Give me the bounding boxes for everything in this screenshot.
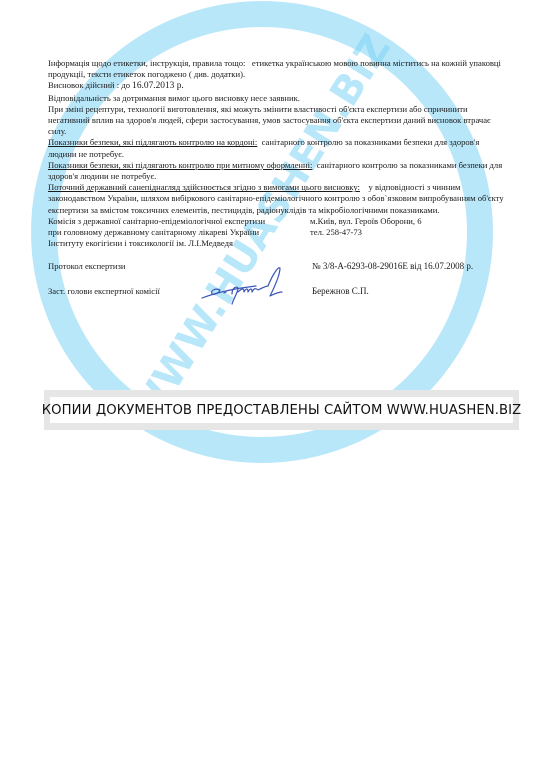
protocol-label: Протокол експертизи xyxy=(48,261,126,272)
signatory-label: Заст. голови експертної комісії xyxy=(48,286,160,297)
protocol-number: № 3/8-А-6293-08-29016Е від 16.07.2008 р. xyxy=(312,261,473,272)
supervision-heading: Поточний державний санепіднагляд здійсню… xyxy=(48,182,360,192)
commission-line: Комісія з державної санітарно-епідеміоло… xyxy=(48,216,310,227)
validity-label: Висновок дійсний : до xyxy=(48,80,130,90)
border-control-heading: Показники безпеки, які підлягають контро… xyxy=(48,137,257,147)
commission-block: Комісія з державної санітарно-епідеміоло… xyxy=(48,216,508,250)
commission-phone: тел. 258-47-73 xyxy=(310,227,500,238)
document-page: WWW.HUASHEN.BIZ Інформація щодо етикетки… xyxy=(0,0,550,772)
border-control-paragraph: Показники безпеки, які підлягають контро… xyxy=(48,137,508,159)
commission-address: м.Київ, вул. Героїв Оборони, 6 xyxy=(310,216,500,227)
signatory-row: Заст. голови експертної комісії Бережнов… xyxy=(48,286,508,300)
supervision-paragraph: Поточний державний санепіднагляд здійсню… xyxy=(48,182,508,216)
commission-line: при головному державному санітарному лік… xyxy=(48,227,310,238)
signatory-name: Бережнов С.П. xyxy=(312,286,369,297)
label-info-paragraph: Інформація щодо етикетки, інструкція, пр… xyxy=(48,58,508,80)
responsibility-line: Відповідальність за дотримання вимог цьо… xyxy=(48,93,508,104)
commission-line: Інституту екогігієни і токсикології ім. … xyxy=(48,238,310,249)
signature-icon xyxy=(198,264,318,308)
commission-contacts: м.Київ, вул. Героїв Оборони, 6 тел. 258-… xyxy=(310,216,500,238)
document-body: Інформація щодо етикетки, інструкція, пр… xyxy=(48,58,508,300)
recipe-change-paragraph: При зміні рецептури, технології виготовл… xyxy=(48,104,508,138)
customs-control-heading: Показники безпеки, які підлягають контро… xyxy=(48,160,312,170)
validity-date: 16.07.2013 р. xyxy=(132,81,184,91)
validity-line: Висновок дійсний : до 16.07.2013 р. xyxy=(48,80,508,92)
copy-notice-banner: КОПИИ ДОКУМЕНТОВ ПРЕДОСТАВЛЕНЫ САЙТОМ WW… xyxy=(44,390,519,430)
label-info-lead: Інформація щодо етикетки, інструкція, пр… xyxy=(48,58,245,68)
commission-name: Комісія з державної санітарно-епідеміоло… xyxy=(48,216,310,250)
copy-notice-text: КОПИИ ДОКУМЕНТОВ ПРЕДОСТАВЛЕНЫ САЙТОМ WW… xyxy=(50,397,513,423)
customs-control-paragraph: Показники безпеки, які підлягають контро… xyxy=(48,160,508,182)
